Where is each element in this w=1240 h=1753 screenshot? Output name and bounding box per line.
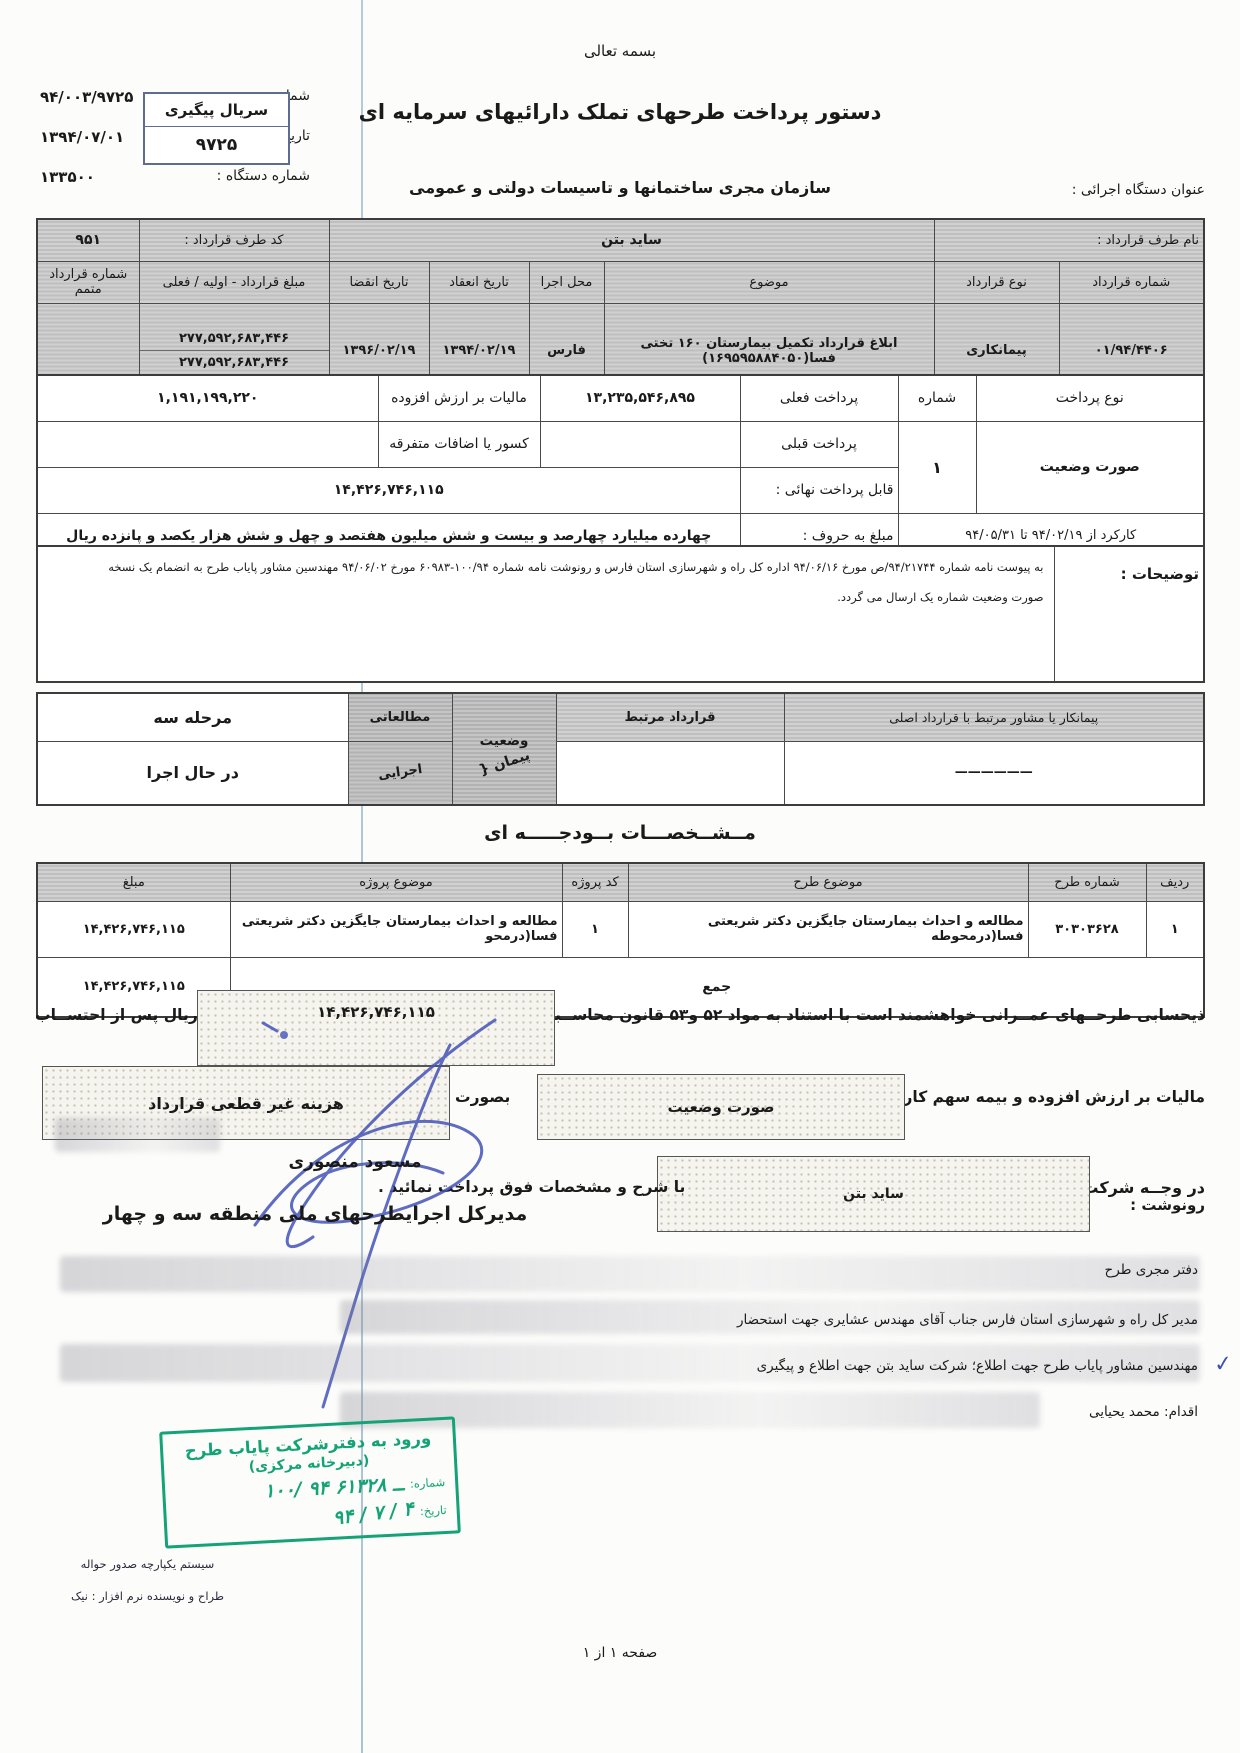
contract-type-header: نوع قرارداد xyxy=(934,261,1059,303)
phase-value: در حال اجرا xyxy=(37,741,348,805)
budget-plan-no: ۳۰۳۰۳۶۲۸ xyxy=(1028,901,1146,957)
tracking-serial-value: ۹۷۲۵ xyxy=(145,127,288,163)
tracking-serial-label: سریال پیگیری xyxy=(145,94,288,127)
vat-label: مالیات بر ارزش افزوده xyxy=(378,375,540,421)
bismillah-text: بسمه تعالی xyxy=(0,42,1240,60)
payment-order-tail: با شرح و مشخصات فوق پرداخت نمائید . xyxy=(378,1178,685,1196)
payment-row-current: نوع پرداخت شماره پرداخت فعلی ۱۳,۲۳۵,۵۴۶,… xyxy=(37,375,1204,421)
contract-amount-header: مبلغ قرارداد - اولیه / فعلی xyxy=(139,261,329,303)
contract-subject-line1: ابلاغ قرارداد تکمیل بیمارستان ۱۶۰ تختی xyxy=(609,336,930,351)
scan-artifact xyxy=(60,1256,1200,1292)
payment-type-value: صورت وضعیت xyxy=(976,421,1204,513)
check-icon: ✓ xyxy=(1212,1351,1233,1378)
tracking-serial-box: سریال پیگیری ۹۷۲۵ xyxy=(143,92,290,165)
vat-value: ۱,۱۹۱,۱۹۹,۲۲۰ xyxy=(37,375,378,421)
budget-project-code-header: کد پروژه xyxy=(562,863,628,901)
payee-company-box: ساید بتن xyxy=(657,1156,1090,1232)
payment-number-value: ۱ xyxy=(898,421,976,513)
copy-item-3: مهندسین مشاور پایاب طرح جهت اطلاع؛ شرکت … xyxy=(757,1358,1198,1374)
software-credit-line2: طراح و نویسنده نرم افزار : نیک xyxy=(40,1580,255,1612)
party-name-label: نام طرف قرارداد : xyxy=(934,219,1204,261)
contract-status-table: پیمانکار یا مشاور مرتبط با قرارداد اصلی … xyxy=(36,692,1205,806)
payee-label: در وجــه شرکت xyxy=(1082,1178,1205,1197)
stamp-number-label: شماره: xyxy=(410,1475,446,1491)
budget-header-row: ردیف شماره طرح موضوع طرح کد پروژه موضوع … xyxy=(37,863,1204,901)
expense-type-value: هزینه غیر قطعی قرارداد xyxy=(148,1094,344,1113)
meta-date-value: ۱۳۹۴/۰۷/۰۱ xyxy=(40,128,124,146)
payment-number-header: شماره xyxy=(898,375,976,421)
signer-name: مسعود منصوری xyxy=(240,1152,470,1172)
notes-label: توضیحات : xyxy=(1054,546,1204,682)
signer-title: مدیرکل اجرایطرحهای ملی منطقه سه و چهار xyxy=(80,1203,550,1225)
statement-type-value: صورت وضعیت xyxy=(667,1098,774,1116)
meta-device-row: شماره دستگاه : ۱۳۳۵۰۰ xyxy=(40,168,310,186)
contract-amount-current: ۲۷۷,۵۹۲,۶۸۳,۴۴۶ xyxy=(140,351,329,374)
study-header: مطالعاتی xyxy=(348,693,452,741)
contract-expiry-header: تاریخ انقضا xyxy=(329,261,429,303)
related-consultant-header: پیمانکار یا مشاور مرتبط با قرارداد اصلی xyxy=(784,693,1204,741)
meta-device-value: ۱۳۳۵۰۰ xyxy=(40,168,95,186)
related-contract-value xyxy=(556,741,784,805)
contract-signdate-header: تاریخ انعقاد xyxy=(429,261,529,303)
contract-header-row: شماره قرارداد نوع قرارداد موضوع محل اجرا… xyxy=(37,261,1204,303)
copy-item-4: اقدام: محمد یحیایی xyxy=(1089,1404,1198,1420)
deductions-value xyxy=(37,421,378,467)
party-code-value: ۹۵۱ xyxy=(37,219,139,261)
related-consultant-value: —————— xyxy=(784,741,1204,805)
contract-supplement-header: شماره قرارداد متمم xyxy=(37,261,139,303)
contract-party-row: نام طرف قرارداد : ساید بتن کد طرف قراردا… xyxy=(37,219,1204,261)
contract-subject-line2: فسا(۱۶۹۵۹۵۸۸۴۰۵۰) xyxy=(609,351,930,366)
budget-project-code: ۱ xyxy=(562,901,628,957)
stamp-date-value: ۹۴ / ۷ / ۴ xyxy=(332,1498,415,1530)
contract-table: نام طرف قرارداد : ساید بتن کد طرف قراردا… xyxy=(36,218,1205,400)
deductions-label: کسور یا اضافات متفرقه xyxy=(378,421,540,467)
instruction-line1-tail: ریال پس از احتســاب xyxy=(35,1006,198,1024)
budget-amount: ۱۴,۴۲۶,۷۴۶,۱۱۵ xyxy=(37,901,230,957)
pact-state-cell: وضعیت پیمان { xyxy=(452,693,556,805)
final-payable-value: ۱۴,۴۲۶,۷۴۶,۱۱۵ xyxy=(37,467,740,513)
contract-location-header: محل اجرا xyxy=(529,261,604,303)
instruction-amount-value: ۱۴,۴۲۶,۷۴۶,۱۱۵ xyxy=(317,1003,435,1021)
notes-section: توضیحات : به پیوست نامه شماره ۹۴/۲۱۷۴۴/ص… xyxy=(36,545,1205,683)
copy-item-1: دفتر مجری طرح xyxy=(1105,1262,1198,1278)
budget-plan-no-header: شماره طرح xyxy=(1028,863,1146,901)
scan-artifact xyxy=(55,1118,220,1152)
meta-device-label: شماره دستگاه : xyxy=(217,168,310,186)
study-value-text: اجرایی xyxy=(377,762,423,783)
budget-row-no: ۱ xyxy=(1146,901,1204,957)
instruction-amount-box: ۱۴,۴۲۶,۷۴۶,۱۱۵ xyxy=(197,990,555,1066)
instruction-besorat: بصورت xyxy=(455,1088,510,1106)
contract-subject-header: موضوع xyxy=(604,261,934,303)
final-payable-label: قابل پرداخت نهائی : xyxy=(740,467,898,513)
budget-project-subject: مطالعه و احداث بیمارستان جایگزین دکتر شر… xyxy=(230,901,562,957)
study-value: اجرایی xyxy=(348,741,452,805)
status-value-row: —————— اجرایی در حال اجرا xyxy=(37,741,1204,805)
budget-data-row: ۱ ۳۰۳۰۳۶۲۸ مطالعه و احداث بیمارستان جایگ… xyxy=(37,901,1204,957)
payment-type-header: نوع پرداخت xyxy=(976,375,1204,421)
copies-label: رونوشت : xyxy=(1130,1196,1205,1214)
meta-number-value: ۹۴/۰۰۳/۹۷۲۵ xyxy=(40,88,133,106)
notes-body: به پیوست نامه شماره ۹۴/۲۱۷۴۴/ص مورخ ۹۴/۰… xyxy=(37,546,1054,682)
page-number: صفحه ۱ از ۱ xyxy=(0,1645,1240,1661)
software-credit: سیستم یکپارچه صدور حواله طراح و نویسنده … xyxy=(40,1548,255,1612)
previous-payment-value xyxy=(540,421,740,467)
agency-label: عنوان دستگاه اجرائی : xyxy=(1072,182,1205,198)
budget-plan-subject: مطالعه و احداث بیمارستان جایگزین دکتر شر… xyxy=(628,901,1028,957)
contract-amount-initial: ۲۷۷,۵۹۲,۶۸۳,۴۴۶ xyxy=(140,327,329,351)
entry-stamp: ورود به دفترشرکت پایاب طرح (دبیرخانه مرک… xyxy=(159,1416,461,1548)
contract-amount-stack: ۲۷۷,۵۹۲,۶۸۳,۴۴۶ ۲۷۷,۵۹۲,۶۸۳,۴۴۶ xyxy=(140,327,329,374)
payment-row-previous: صورت وضعیت ۱ پرداخت قبلی کسور یا اضافات … xyxy=(37,421,1204,467)
related-contract-header: قرارداد مرتبط xyxy=(556,693,784,741)
statement-type-box: صورت وضعیت xyxy=(537,1074,905,1140)
party-name-value: ساید بتن xyxy=(329,219,934,261)
notes-line2: صورت وضعیت شماره یک ارسال می گردد. xyxy=(48,583,1044,613)
party-code-label: کد طرف قرارداد : xyxy=(139,219,329,261)
current-payment-value: ۱۳,۲۳۵,۵۴۶,۸۹۵ xyxy=(540,375,740,421)
contract-number-header: شماره قرارداد xyxy=(1059,261,1204,303)
budget-amount-header: مبلغ xyxy=(37,863,230,901)
budget-section-title: مــشــخصـــات بــودجـــــه ای xyxy=(0,822,1240,844)
scanned-payment-order-page: بسمه تعالی دستور پرداخت طرحهای تملک دارا… xyxy=(0,0,1240,1753)
stamp-date-label: تاریخ: xyxy=(420,1503,447,1518)
phase-label: مرحله سه xyxy=(37,693,348,741)
stamp-number-value: ۱۰۰/ ۹۴ ــ ۶۱۳۲۸ xyxy=(264,1473,405,1502)
current-payment-label: پرداخت فعلی xyxy=(740,375,898,421)
budget-row-header: ردیف xyxy=(1146,863,1204,901)
notes-row: توضیحات : به پیوست نامه شماره ۹۴/۲۱۷۴۴/ص… xyxy=(37,546,1204,682)
budget-plan-subject-header: موضوع طرح xyxy=(628,863,1028,901)
payee-company-value: ساید بتن xyxy=(843,1186,904,1202)
software-credit-line1: سیستم یکپارچه صدور حواله xyxy=(40,1548,255,1580)
budget-project-subject-header: موضوع پروژه xyxy=(230,863,562,901)
previous-payment-label: پرداخت قبلی xyxy=(740,421,898,467)
payment-table: نوع پرداخت شماره پرداخت فعلی ۱۳,۲۳۵,۵۴۶,… xyxy=(36,374,1205,560)
status-header-row: پیمانکار یا مشاور مرتبط با قرارداد اصلی … xyxy=(37,693,1204,741)
copy-item-2: مدیر کل راه و شهرسازی استان فارس جناب آق… xyxy=(737,1312,1198,1328)
notes-line1: به پیوست نامه شماره ۹۴/۲۱۷۴۴/ص مورخ ۹۴/۰… xyxy=(48,553,1044,583)
